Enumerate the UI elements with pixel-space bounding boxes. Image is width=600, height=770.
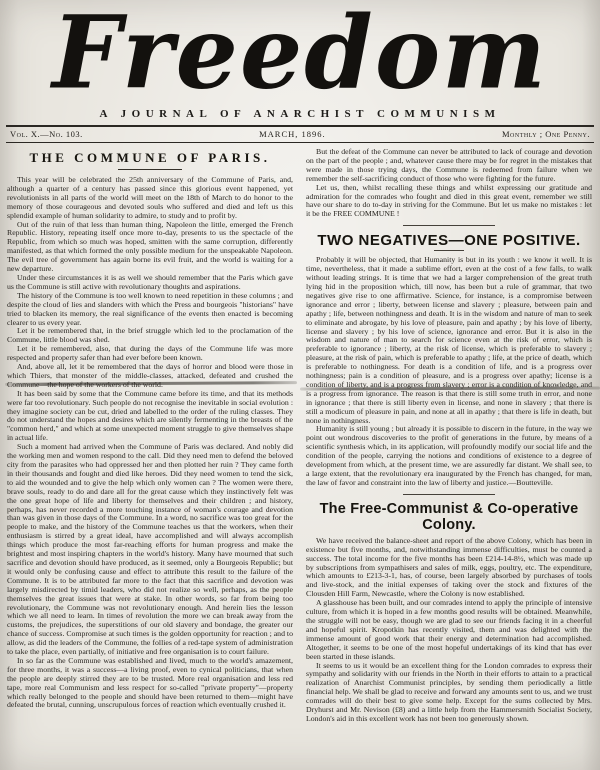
paragraph: Out of the ruin of that less than human … [7,221,293,274]
section-divider [403,225,495,226]
volume-label: Vol. X.—No. 103. [10,129,83,139]
newspaper-page: Freedom A JOURNAL OF ANARCHIST COMMUNISM… [0,0,600,770]
paragraph: And, above all, let it be remembered tha… [7,363,293,390]
paragraph: The history of the Commune is too well k… [7,292,293,328]
issue-date-label: MARCH, 1896. [259,129,326,139]
paragraph: We have received the balance-sheet and r… [306,537,592,599]
paragraph: Humanity is still young ; but already it… [306,425,592,487]
paragraph: It has been said by some that the Commun… [7,390,293,443]
paragraph: Probably it will be objected, that Human… [306,256,592,425]
right-column: But the defeat of the Commune can never … [306,148,592,724]
paragraph: Such a moment had arrived when the Commu… [7,443,293,657]
paragraph: In so far as the Commune was established… [7,657,293,710]
paragraph: Let it be remembered that, in the brief … [7,327,293,345]
paragraph: Under these circumstances it is as well … [7,274,293,292]
paragraph: A glasshouse has been built, and our com… [306,599,592,661]
article-heading-two-negatives: TWO NEGATIVES—ONE POSITIVE. [306,232,592,249]
column-layout: THE COMMUNE OF PARIS. This year will be … [0,143,600,724]
article-heading-colony: The Free-Communist & Co-operative Colony… [306,501,592,533]
dateline: Vol. X.—No. 103. MARCH, 1896. Monthly ; … [0,127,600,140]
paragraph: Let it be remembered, also, that during … [7,345,293,363]
heading-underline [434,250,464,251]
left-column: THE COMMUNE OF PARIS. This year will be … [7,148,293,724]
paragraph: It seems to us it would be an excellent … [306,662,592,724]
heading-underline [118,169,182,170]
paragraph: Let us, then, whilst recalling these thi… [306,184,592,220]
section-divider [403,494,495,495]
article-heading-commune: THE COMMUNE OF PARIS. [7,150,293,166]
masthead: Freedom A JOURNAL OF ANARCHIST COMMUNISM [0,0,600,120]
paragraph: But the defeat of the Commune can never … [306,148,592,184]
price-label: Monthly ; One Penny. [502,129,590,139]
masthead-title: Freedom [0,1,600,107]
paragraph: This year will be celebrated the 25th an… [7,176,293,221]
